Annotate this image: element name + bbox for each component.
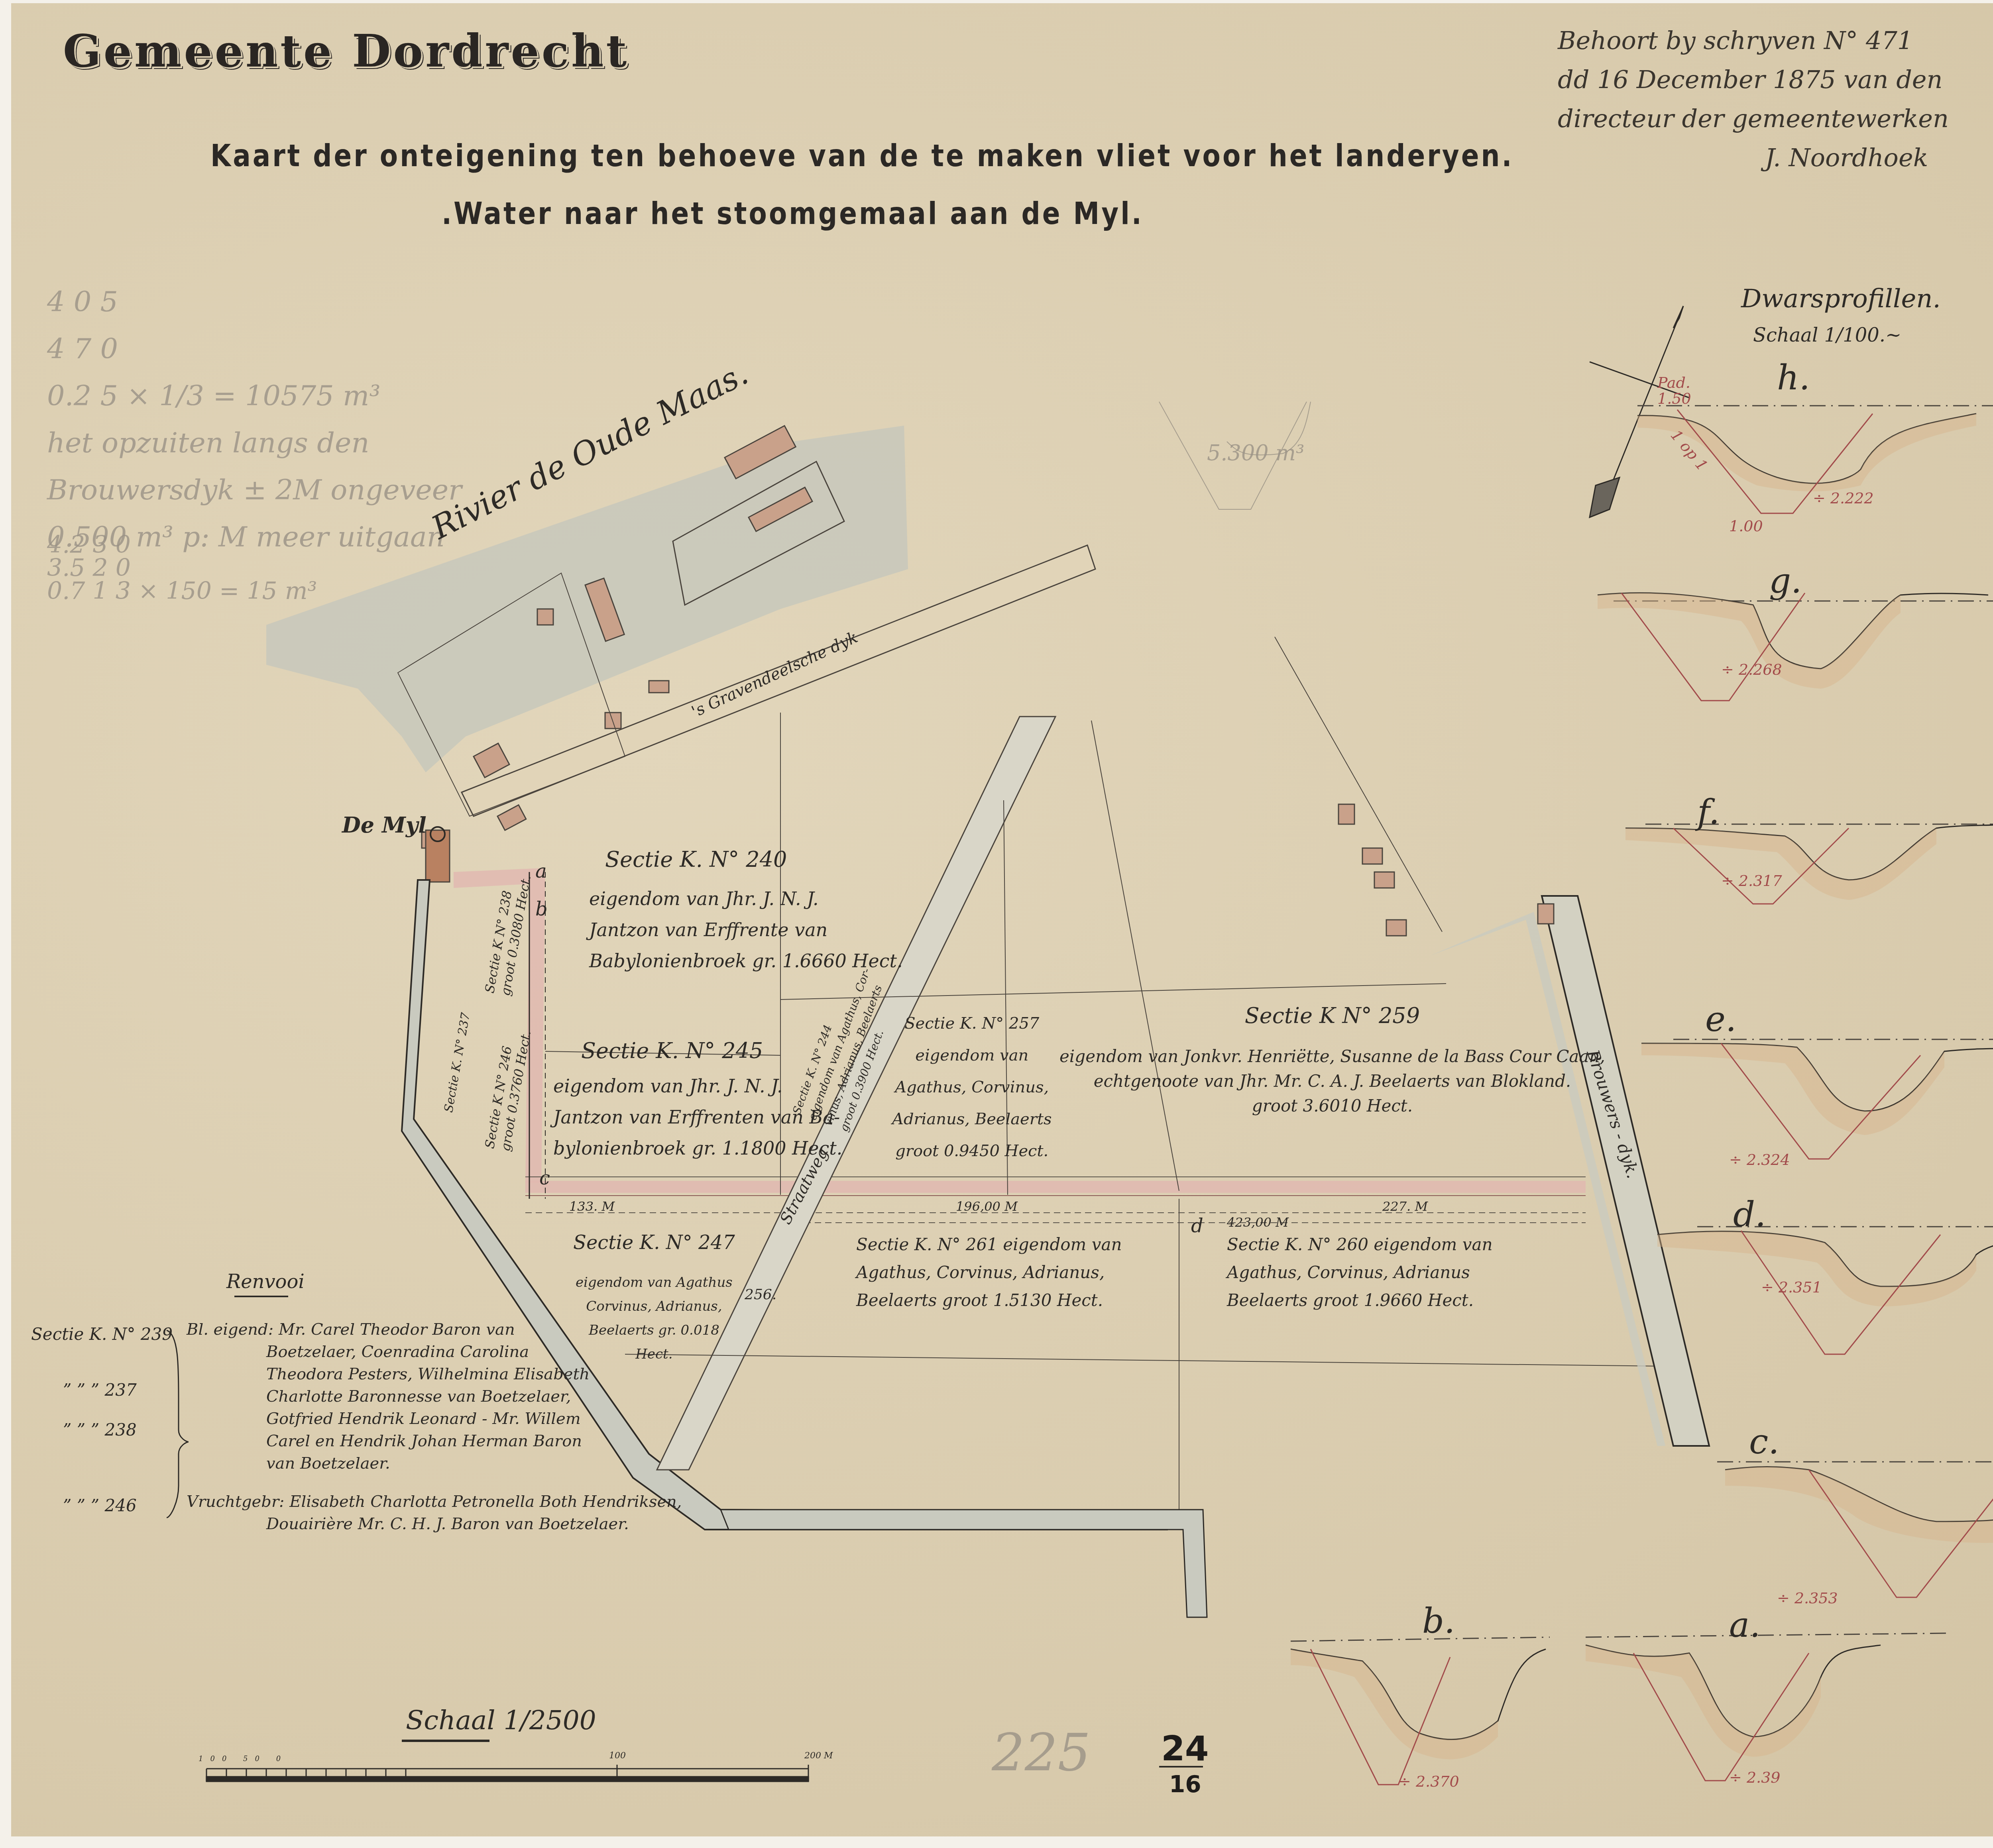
usufruct-line: Elisabeth Charlotta Petronella Both Hend… <box>289 1493 682 1511</box>
pencil-line: 0.2 5 × 1/3 = 10575 m³ <box>47 372 462 419</box>
catalog-number-top: 24 <box>1161 1729 1209 1769</box>
profile-label-b: b. <box>1422 1601 1455 1641</box>
marker-c: c <box>539 1167 550 1189</box>
note-line: directeur der gemeentewerken <box>1558 99 1949 138</box>
profile-label-d: d. <box>1733 1195 1766 1235</box>
parcel-line: eigendom van <box>892 1039 1052 1071</box>
scale-ticks-left: 100 50 0 <box>199 1755 288 1763</box>
owner-line: Mr. Carel Theodor Baron van <box>279 1320 515 1339</box>
profile-depth-e: ÷ 2.324 <box>1729 1151 1790 1169</box>
owner-line: Carel en Hendrik Johan Herman Baron <box>187 1430 682 1452</box>
profile-depth-c: ÷ 2.353 <box>1777 1589 1838 1607</box>
parcel-line: Jantzon van Erffrente van <box>589 914 903 945</box>
handwritten-note: Behoort by schryven N° 471 dd 16 Decembe… <box>1558 21 1949 177</box>
pencil-line: 0.7 1 3 × 150 = 15 m³ <box>47 579 317 603</box>
signature: J. Noordhoek <box>1558 138 1949 177</box>
pencil-line: 4 0 5 <box>47 278 462 325</box>
profile-label-g: g. <box>1769 561 1802 601</box>
scale-tick: 100 <box>199 1755 234 1763</box>
pencil-line: het opzuiten langs den <box>47 419 462 466</box>
dimension-196: 196,00 M <box>956 1199 1018 1214</box>
owner-line: Theodora Pesters, Wilhelmina Elisabeth <box>187 1363 682 1385</box>
marker-a: a <box>535 860 547 882</box>
pencil-sketch-volume: 5.300 m³ <box>1207 430 1305 477</box>
parcel-heading: Sectie K. N° 260 eigendom van <box>1227 1231 1493 1259</box>
parcel-261: Sectie K. N° 261 eigendom van Agathus, C… <box>856 1231 1122 1314</box>
parcel-line: Adrianus, Beelaerts <box>892 1103 1052 1135</box>
parcel-line: Agathus, Corvinus, <box>892 1071 1052 1103</box>
dimension-133: 133. M <box>569 1199 615 1214</box>
profile-depth-g: ÷ 2.268 <box>1721 661 1782 678</box>
usufruct-label: Vruchtgebr: <box>187 1493 285 1511</box>
renvooi-owners: Bl. eigend: Mr. Carel Theodor Baron van … <box>187 1318 682 1535</box>
path-width: 1.50 <box>1657 390 1691 407</box>
path-label: Pad. <box>1657 374 1690 391</box>
profile-label-h: h. <box>1777 358 1810 398</box>
parcel-256-label: 256. <box>745 1286 776 1303</box>
parcel-line: eigendom van Agathus <box>573 1271 735 1294</box>
owner-label: Bl. eigend: <box>187 1320 273 1339</box>
parcel-line: groot 0.9450 Hect. <box>892 1135 1052 1167</box>
parcel-259: Sectie K N° 259 eigendom van Jonkvr. Hen… <box>1059 1004 1605 1118</box>
parcel-line: Agathus, Corvinus, Adrianus <box>1227 1259 1493 1286</box>
profile-label-e: e. <box>1705 1000 1736 1039</box>
map-title-line-1: Kaart der onteigening ten behoeve van de… <box>210 138 1514 174</box>
owner-line: Gotfried Hendrik Leonard - Mr. Willem <box>187 1408 682 1430</box>
scale-tick-mid: 100 <box>609 1751 626 1761</box>
parcel-heading: Sectie K. N° 240 <box>589 844 903 875</box>
catalog-number-bottom: 16 <box>1169 1771 1201 1798</box>
pencil-calculation: 4 0 5 4 7 0 0.2 5 × 1/3 = 10575 m³ het o… <box>47 278 462 560</box>
renvooi-section: Sectie K. N° 239 <box>31 1314 173 1354</box>
pencil-line: 4 7 0 <box>47 325 462 372</box>
note-line: dd 16 December 1875 van den <box>1558 60 1949 99</box>
map-sheet: Gemeente Dordrecht Kaart der onteigening… <box>11 3 1993 1836</box>
scale-tick: 0 <box>276 1755 288 1763</box>
parcel-line: Beelaerts groot 1.9660 Hect. <box>1227 1286 1493 1314</box>
parcel-260: Sectie K. N° 260 eigendom van Agathus, C… <box>1227 1231 1493 1314</box>
pencil-line: 4.2 3 0 <box>47 533 317 556</box>
profile-label-c: c. <box>1749 1422 1779 1462</box>
pencil-calculation-2: 4.2 3 0 3.5 2 0 0.7 1 3 × 150 = 15 m³ <box>47 533 317 603</box>
renvooi-title: Renvooi <box>226 1271 305 1293</box>
marker-b: b <box>535 898 548 920</box>
renvooi-section: ” ” ” 238 <box>31 1410 173 1450</box>
profile-depth-a: ÷ 2.39 <box>1729 1769 1781 1786</box>
parcel-line: Beelaerts groot 1.5130 Hect. <box>856 1286 1122 1314</box>
owner-line: van Boetzelaer. <box>187 1452 682 1475</box>
parcel-line: groot 3.6010 Hect. <box>1059 1094 1605 1118</box>
parcel-heading: Sectie K. N° 257 <box>892 1007 1052 1039</box>
profile-label-a: a. <box>1729 1605 1761 1645</box>
usufruct-line: Douairière Mr. C. H. J. Baron van Boetze… <box>187 1513 682 1535</box>
parcel-line: Corvinus, Adrianus, <box>573 1294 735 1318</box>
cross-sections-scale: Schaal 1/100.~ <box>1753 324 1901 346</box>
profile-depth-b: ÷ 2.370 <box>1398 1773 1459 1790</box>
municipality-title: Gemeente Dordrecht <box>63 25 629 77</box>
profile-label-f: f. <box>1697 792 1720 832</box>
marker-d: d <box>1191 1215 1203 1237</box>
parcel-heading: Sectie K N° 259 <box>1059 1004 1605 1028</box>
parcel-240: Sectie K. N° 240 eigendom van Jhr. J. N.… <box>589 844 903 976</box>
pencil-line: Brouwersdyk ± 2M ongeveer <box>47 466 462 513</box>
scale-tick: 50 <box>243 1755 267 1763</box>
parcel-heading: Sectie K. N° 247 <box>573 1231 735 1255</box>
owner-line: Boetzelaer, Coenradina Carolina <box>187 1341 682 1363</box>
scale-tick-end: 200 M <box>804 1751 833 1761</box>
map-title-line-2: .Water naar het stoomgemaal aan de Myl. <box>442 196 1144 232</box>
renvooi-section: ” ” ” 246 <box>31 1486 173 1526</box>
pencil-catalog-number: 225 <box>992 1729 1091 1776</box>
renvooi-section: ” ” ” 237 <box>31 1370 173 1410</box>
parcel-line: echtgenoote van Jhr. Mr. C. A. J. Beelae… <box>1059 1069 1605 1094</box>
scale-title: Schaal 1/2500 <box>406 1705 596 1736</box>
parcel-line: Agathus, Corvinus, Adrianus, <box>856 1259 1122 1286</box>
parcel-line: bylonienbroek gr. 1.1800 Hect. <box>553 1133 842 1164</box>
de-myl-label: De Myl <box>342 812 427 838</box>
profile-depth-h: ÷ 2.222 <box>1813 489 1874 507</box>
profile-depth-d: ÷ 2.351 <box>1761 1278 1822 1296</box>
parcel-heading: Sectie K. N° 261 eigendom van <box>856 1231 1122 1259</box>
dimension-423: 423,00 M <box>1227 1215 1289 1230</box>
pencil-line: 3.5 2 0 <box>47 556 317 579</box>
renvooi-sections: Sectie K. N° 239 ” ” ” 237 ” ” ” 238 ” ”… <box>31 1314 173 1526</box>
dimension-227: 227. M <box>1382 1199 1428 1214</box>
cross-sections-title: Dwarsprofillen. <box>1741 284 1941 314</box>
owner-line: Charlotte Baronnesse van Boetzelaer, <box>187 1385 682 1408</box>
parcel-line: eigendom van Jhr. J. N. J. <box>589 883 903 914</box>
profile-depth-f: ÷ 2.317 <box>1721 872 1782 890</box>
parcel-line: eigendom van Jonkvr. Henriëtte, Susanne … <box>1059 1044 1605 1069</box>
bottom-width: 1.00 <box>1729 517 1763 535</box>
parcel-heading: Sectie K. N° 245 <box>553 1035 842 1066</box>
note-line: Behoort by schryven N° 471 <box>1558 21 1949 60</box>
parcel-257: Sectie K. N° 257 eigendom van Agathus, C… <box>892 1007 1052 1167</box>
